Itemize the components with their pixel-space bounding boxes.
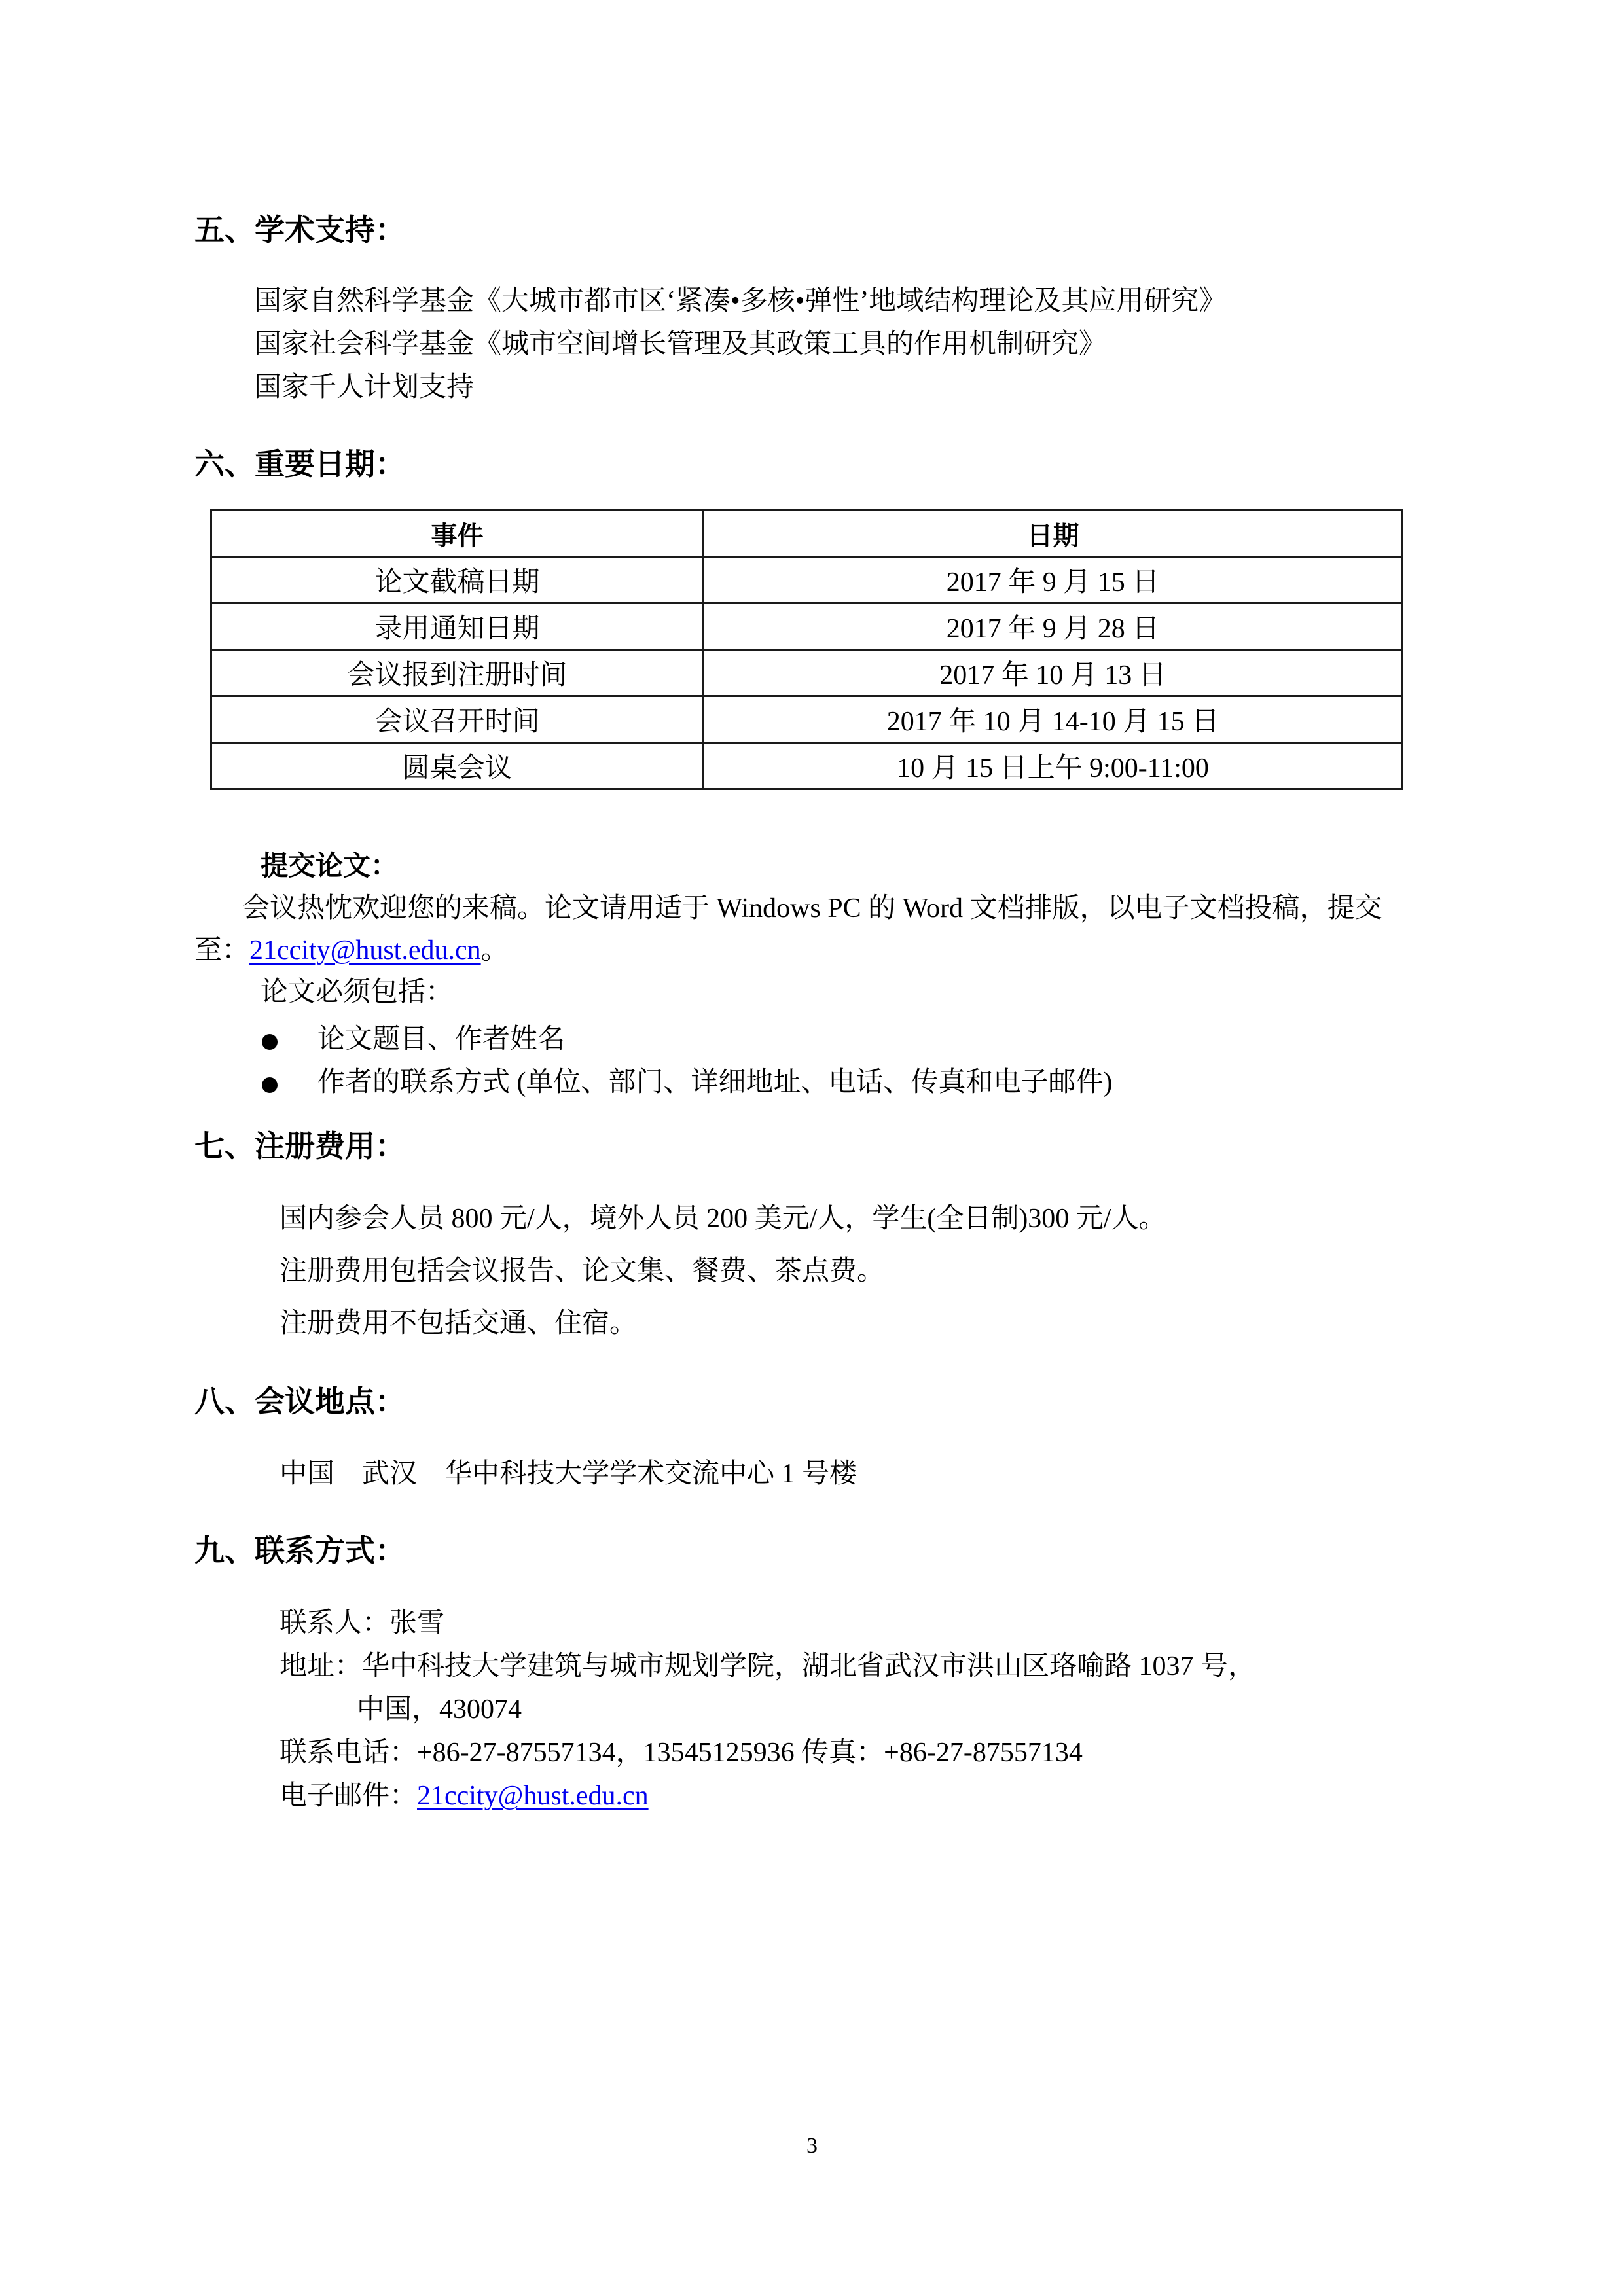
table-row: 论文截稿日期 2017 年 9 月 15 日 xyxy=(211,557,1403,603)
contact-email-link[interactable]: 21ccity@hust.edu.cn xyxy=(417,1781,649,1811)
support-line-3: 国家千人计划支持 xyxy=(254,372,474,403)
bullet-icon xyxy=(262,1034,278,1050)
table-row: 圆桌会议 10 月 15 日上午 9:00-11:00 xyxy=(211,743,1403,789)
event-cell: 会议召开时间 xyxy=(211,696,704,743)
important-dates-table: 事件 日期 论文截稿日期 2017 年 9 月 15 日 录用通知日期 2017… xyxy=(210,509,1403,790)
submission-email-link[interactable]: 21ccity@hust.edu.cn xyxy=(249,935,481,965)
event-cell: 会议报到注册时间 xyxy=(211,650,704,696)
venue-address: 中国 武汉 华中科技大学学术交流中心 1 号楼 xyxy=(280,1458,857,1490)
table-header-row: 事件 日期 xyxy=(211,511,1403,557)
date-cell: 2017 年 9 月 28 日 xyxy=(704,603,1403,650)
section-heading-important-dates: 六、重要日期： xyxy=(194,448,405,480)
email-label: 电子邮件： xyxy=(280,1781,417,1811)
table-row: 会议召开时间 2017 年 10 月 14-10 月 15 日 xyxy=(211,696,1403,743)
section-heading-academic-support: 五、学术支持： xyxy=(194,213,405,246)
contact-phone-fax: 联系电话：+86-27-87557134，13545125936 传真：+86-… xyxy=(280,1737,1083,1768)
submit-to-label: 至： xyxy=(194,935,249,965)
page-number: 3 xyxy=(0,2134,1624,2159)
bullet-icon xyxy=(262,1077,278,1093)
support-line-2: 国家社会科学基金《城市空间增长管理及其政策工具的作用机制研究》 xyxy=(254,329,1106,360)
date-cell: 2017 年 10 月 14-10 月 15 日 xyxy=(704,696,1403,743)
date-cell: 2017 年 9 月 15 日 xyxy=(704,557,1403,603)
contact-address-line-2: 中国，430074 xyxy=(357,1694,522,1725)
table-row: 录用通知日期 2017 年 9 月 28 日 xyxy=(211,603,1403,650)
submission-paragraph-line-1: 会议热忱欢迎您的来稿。论文请用适于 Windows PC 的 Word 文档排版… xyxy=(242,893,1382,924)
submission-title: 提交论文： xyxy=(261,851,398,882)
event-cell: 论文截稿日期 xyxy=(211,557,704,603)
must-include-label: 论文必须包括： xyxy=(261,977,453,1008)
period: 。 xyxy=(481,935,509,965)
date-cell: 10 月 15 日上午 9:00-11:00 xyxy=(704,743,1403,789)
column-header-event: 事件 xyxy=(211,511,704,557)
section-heading-contact: 九、联系方式： xyxy=(194,1534,405,1567)
contact-email-line: 电子邮件：21ccity@hust.edu.cn xyxy=(280,1780,649,1812)
fee-line-1: 国内参会人员 800 元/人，境外人员 200 美元/人，学生(全日制)300 … xyxy=(280,1203,1166,1234)
bullet-item: 作者的联系方式 (单位、部门、详细地址、电话、传真和电子邮件) xyxy=(317,1067,1112,1098)
table-row: 会议报到注册时间 2017 年 10 月 13 日 xyxy=(211,650,1403,696)
event-cell: 录用通知日期 xyxy=(211,603,704,650)
date-cell: 2017 年 10 月 13 日 xyxy=(704,650,1403,696)
column-header-date: 日期 xyxy=(704,511,1403,557)
bullet-item: 论文题目、作者姓名 xyxy=(317,1024,565,1055)
contact-person: 联系人：张雪 xyxy=(280,1607,444,1639)
section-heading-registration-fee: 七、注册费用： xyxy=(194,1130,405,1162)
submission-paragraph-line-2: 至：21ccity@hust.edu.cn。 xyxy=(194,935,509,966)
support-line-1: 国家自然科学基金《大城市都市区‘紧凑•多核•弹性’地域结构理论及其应用研究》 xyxy=(254,285,1226,317)
fee-line-3: 注册费用不包括交通、住宿。 xyxy=(280,1308,637,1339)
section-heading-venue: 八、会议地点： xyxy=(194,1385,405,1418)
fee-line-2: 注册费用包括会议报告、论文集、餐费、茶点费。 xyxy=(280,1255,884,1287)
event-cell: 圆桌会议 xyxy=(211,743,704,789)
contact-address-line-1: 地址：华中科技大学建筑与城市规划学院，湖北省武汉市洪山区珞喻路 1037 号， xyxy=(280,1651,1255,1682)
